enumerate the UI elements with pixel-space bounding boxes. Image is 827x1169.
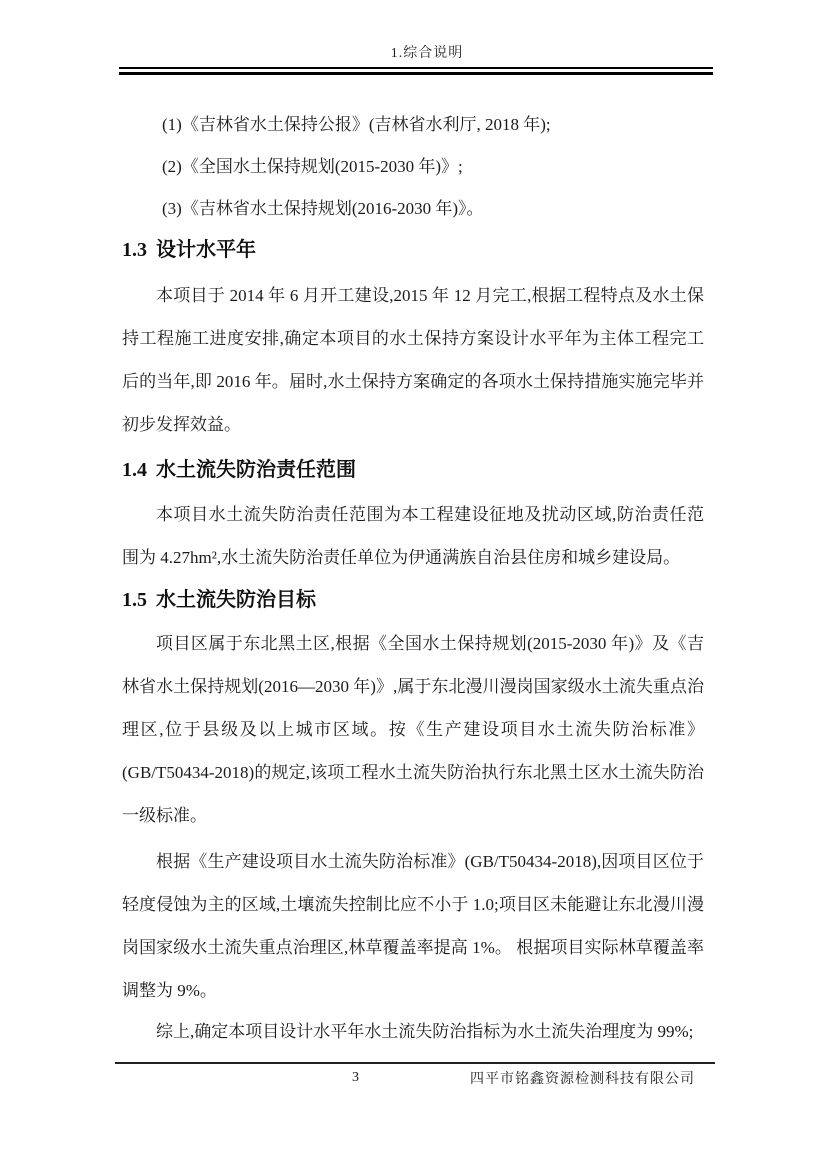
section-heading-design-level-year: 1.3设计水平年: [122, 236, 704, 264]
reference-item-3: (3)《吉林省水土保持规划(2016-2030 年)》。: [122, 188, 704, 230]
section-title: 水土流失防治责任范围: [156, 459, 356, 481]
page-number: 3: [352, 1068, 359, 1088]
footer-company-name: 四平市铭鑫资源检测科技有限公司: [470, 1068, 695, 1088]
section-heading-responsibility-scope: 1.4水土流失防治责任范围: [122, 456, 704, 484]
reference-list: (1)《吉林省水土保持公报》(吉林省水利厅, 2018 年); (2)《全国水土…: [122, 104, 704, 230]
paragraph-responsibility-scope: 本项目水土流失防治责任范围为本工程建设征地及扰动区域,防治责任范围为 4.27h…: [122, 493, 704, 579]
footer-rule: [115, 1062, 715, 1064]
reference-item-1: (1)《吉林省水土保持公报》(吉林省水利厅, 2018 年);: [122, 104, 704, 146]
section-number: 1.4: [122, 459, 147, 481]
page-header-title: 1.综合说明: [122, 42, 704, 62]
section-number: 1.5: [122, 589, 147, 611]
section-number: 1.3: [122, 239, 147, 261]
paragraph-prevention-targets-1: 项目区属于东北黑土区,根据《全国水土保持规划(2015-2030 年)》及《吉林…: [122, 622, 704, 837]
section-title: 设计水平年: [156, 239, 256, 261]
paragraph-design-level-year: 本项目于 2014 年 6 月开工建设,2015 年 12 月完工,根据工程特点…: [122, 274, 704, 446]
section-title: 水土流失防治目标: [156, 589, 316, 611]
section-heading-prevention-targets: 1.5水土流失防治目标: [122, 586, 704, 614]
paragraph-prevention-targets-2: 根据《生产建设项目水土流失防治标准》(GB/T50434-2018),因项目区位…: [122, 840, 704, 1012]
header-double-rule: [119, 67, 713, 75]
document-page: 1.综合说明 (1)《吉林省水土保持公报》(吉林省水利厅, 2018 年); (…: [0, 0, 827, 1169]
reference-item-2: (2)《全国水土保持规划(2015-2030 年)》;: [122, 146, 704, 188]
paragraph-prevention-targets-3: 综上,确定本项目设计水平年水土流失防治指标为水土流失治理度为 99%;: [122, 1010, 704, 1053]
